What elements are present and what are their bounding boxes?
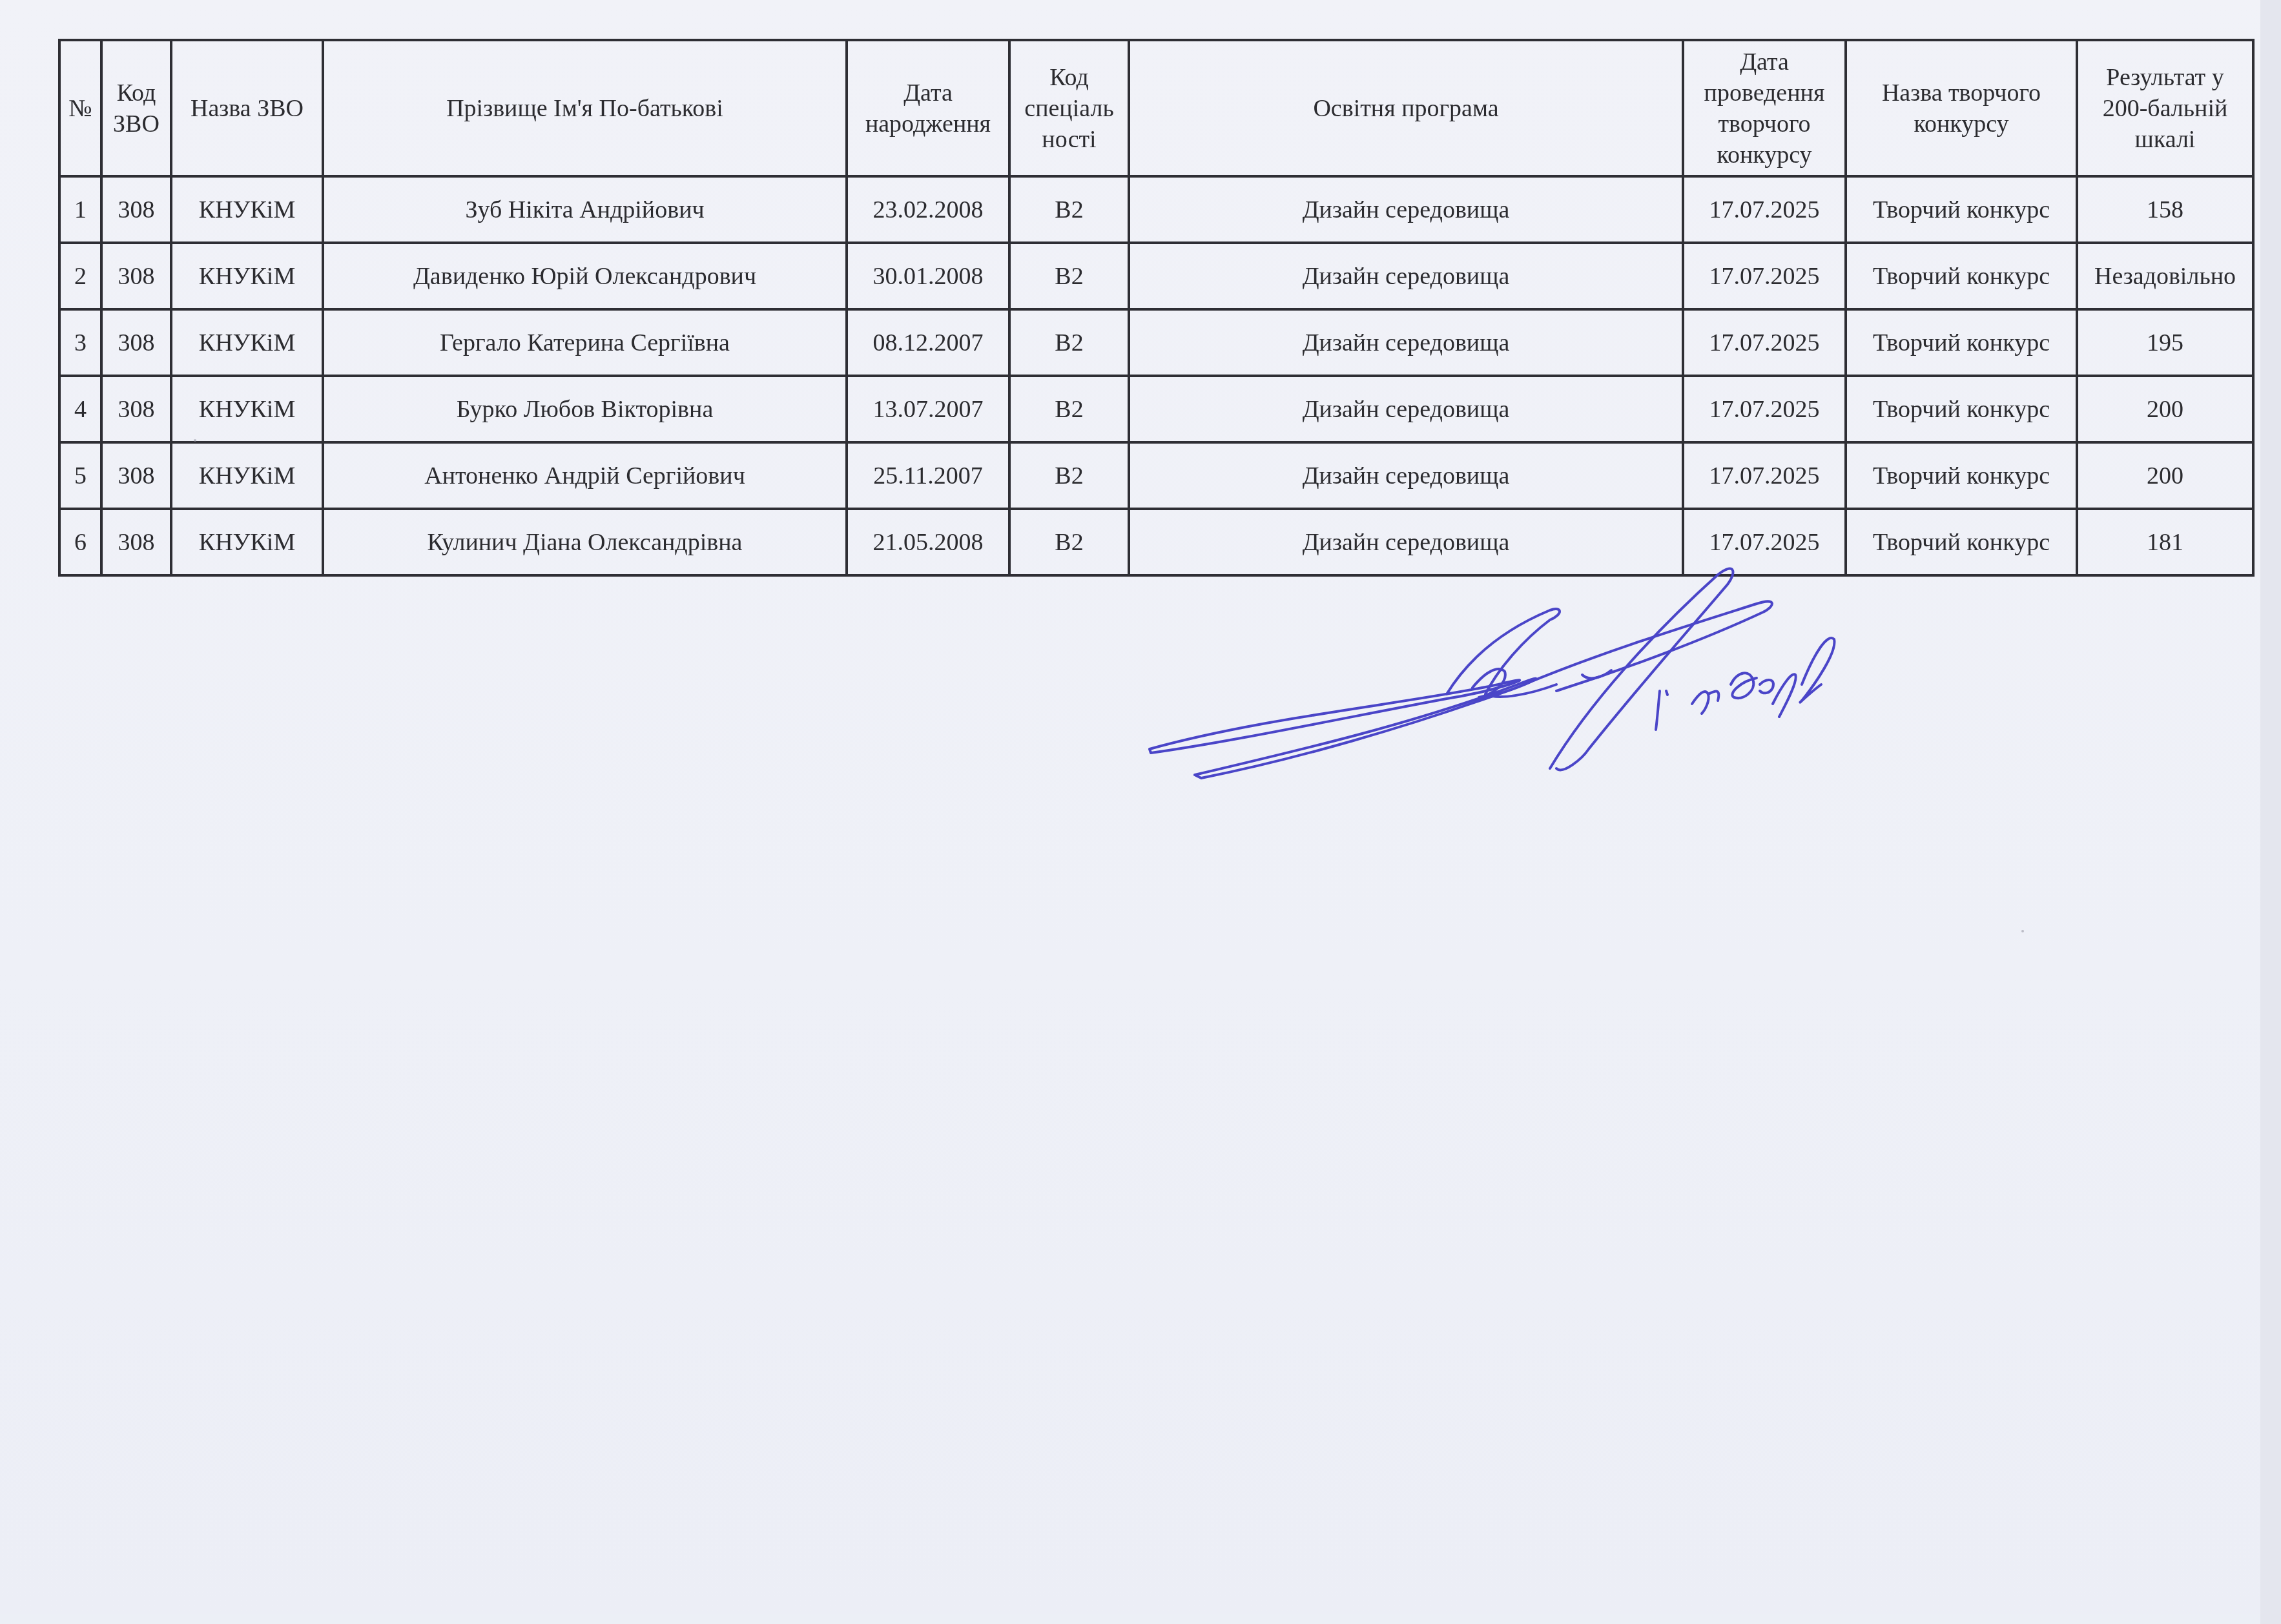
scan-margin <box>2260 0 2281 1624</box>
cell-birth-date: 25.11.2007 <box>847 442 1009 509</box>
cell-specialty-code: B2 <box>1009 442 1129 509</box>
cell-number: 3 <box>59 309 101 376</box>
cell-result: 200 <box>2077 376 2253 442</box>
cell-full-name: Зуб Нікіта Андрійович <box>323 176 847 243</box>
cell-specialty-code: B2 <box>1009 309 1129 376</box>
table-header-row: №Код ЗВОНазва ЗВОПрізвище Ім'я По-батько… <box>59 40 2253 176</box>
cell-contest-name: Творчий конкурс <box>1846 309 2077 376</box>
cell-result: 158 <box>2077 176 2253 243</box>
table-row: 2308КНУКіМДавиденко Юрій Олександрович30… <box>59 243 2253 309</box>
cell-birth-date: 23.02.2008 <box>847 176 1009 243</box>
cell-birth-date: 21.05.2008 <box>847 509 1009 575</box>
cell-number: 6 <box>59 509 101 575</box>
header-col-institution-name: Назва ЗВО <box>171 40 323 176</box>
cell-number: 1 <box>59 176 101 243</box>
signature <box>1137 555 2067 917</box>
cell-contest-date: 17.07.2025 <box>1683 376 1846 442</box>
header-col-education-program: Освітня програма <box>1129 40 1683 176</box>
cell-education-program: Дизайн середовища <box>1129 309 1683 376</box>
table-row: 4308КНУКіМБурко Любов Вікторівна13.07.20… <box>59 376 2253 442</box>
table-row: 5308КНУКіМАнтоненко Андрій Сергійович25.… <box>59 442 2253 509</box>
cell-institution-code: 308 <box>101 376 171 442</box>
cell-education-program: Дизайн середовища <box>1129 243 1683 309</box>
cell-contest-date: 17.07.2025 <box>1683 309 1846 376</box>
results-table: №Код ЗВОНазва ЗВОПрізвище Ім'я По-батько… <box>58 39 2255 577</box>
cell-specialty-code: B2 <box>1009 509 1129 575</box>
cell-full-name: Бурко Любов Вікторівна <box>323 376 847 442</box>
cell-result: Незадовільно <box>2077 243 2253 309</box>
cell-full-name: Антоненко Андрій Сергійович <box>323 442 847 509</box>
cell-result: 181 <box>2077 509 2253 575</box>
cell-institution-code: 308 <box>101 176 171 243</box>
cell-number: 2 <box>59 243 101 309</box>
scan-speck <box>2021 930 2024 932</box>
cell-contest-date: 17.07.2025 <box>1683 442 1846 509</box>
header-col-birth-date: Дата народження <box>847 40 1009 176</box>
scan-speck <box>194 439 196 442</box>
cell-institution-name: КНУКіМ <box>171 176 323 243</box>
header-col-result: Результат у 200-бальній шкалі <box>2077 40 2253 176</box>
cell-full-name: Давиденко Юрій Олександрович <box>323 243 847 309</box>
cell-contest-date: 17.07.2025 <box>1683 176 1846 243</box>
cell-specialty-code: B2 <box>1009 243 1129 309</box>
cell-birth-date: 13.07.2007 <box>847 376 1009 442</box>
header-col-contest-date: Дата проведення творчого конкурсу <box>1683 40 1846 176</box>
header-col-specialty-code: Код спеціаль ності <box>1009 40 1129 176</box>
cell-specialty-code: B2 <box>1009 176 1129 243</box>
cell-result: 195 <box>2077 309 2253 376</box>
header-col-contest-name: Назва творчого конкурсу <box>1846 40 2077 176</box>
cell-institution-name: КНУКіМ <box>171 243 323 309</box>
cell-full-name: Гергало Катерина Сергіївна <box>323 309 847 376</box>
cell-contest-name: Творчий конкурс <box>1846 376 2077 442</box>
cell-contest-name: Творчий конкурс <box>1846 442 2077 509</box>
header-col-number: № <box>59 40 101 176</box>
cell-institution-name: КНУКіМ <box>171 309 323 376</box>
header-col-full-name: Прізвище Ім'я По-батькові <box>323 40 847 176</box>
cell-contest-name: Творчий конкурс <box>1846 176 2077 243</box>
cell-number: 5 <box>59 442 101 509</box>
cell-institution-code: 308 <box>101 309 171 376</box>
header-col-institution-code: Код ЗВО <box>101 40 171 176</box>
cell-number: 4 <box>59 376 101 442</box>
table-row: 3308КНУКіМГергало Катерина Сергіївна08.1… <box>59 309 2253 376</box>
cell-birth-date: 30.01.2008 <box>847 243 1009 309</box>
cell-institution-name: КНУКіМ <box>171 376 323 442</box>
cell-full-name: Кулинич Діана Олександрівна <box>323 509 847 575</box>
cell-institution-code: 308 <box>101 509 171 575</box>
cell-birth-date: 08.12.2007 <box>847 309 1009 376</box>
cell-education-program: Дизайн середовища <box>1129 442 1683 509</box>
cell-result: 200 <box>2077 442 2253 509</box>
cell-education-program: Дизайн середовища <box>1129 376 1683 442</box>
cell-institution-name: КНУКіМ <box>171 442 323 509</box>
cell-specialty-code: B2 <box>1009 376 1129 442</box>
cell-institution-code: 308 <box>101 442 171 509</box>
cell-education-program: Дизайн середовища <box>1129 176 1683 243</box>
cell-institution-code: 308 <box>101 243 171 309</box>
table-row: 1308КНУКіМЗуб Нікіта Андрійович23.02.200… <box>59 176 2253 243</box>
cell-institution-name: КНУКіМ <box>171 509 323 575</box>
cell-contest-name: Творчий конкурс <box>1846 243 2077 309</box>
cell-contest-date: 17.07.2025 <box>1683 243 1846 309</box>
